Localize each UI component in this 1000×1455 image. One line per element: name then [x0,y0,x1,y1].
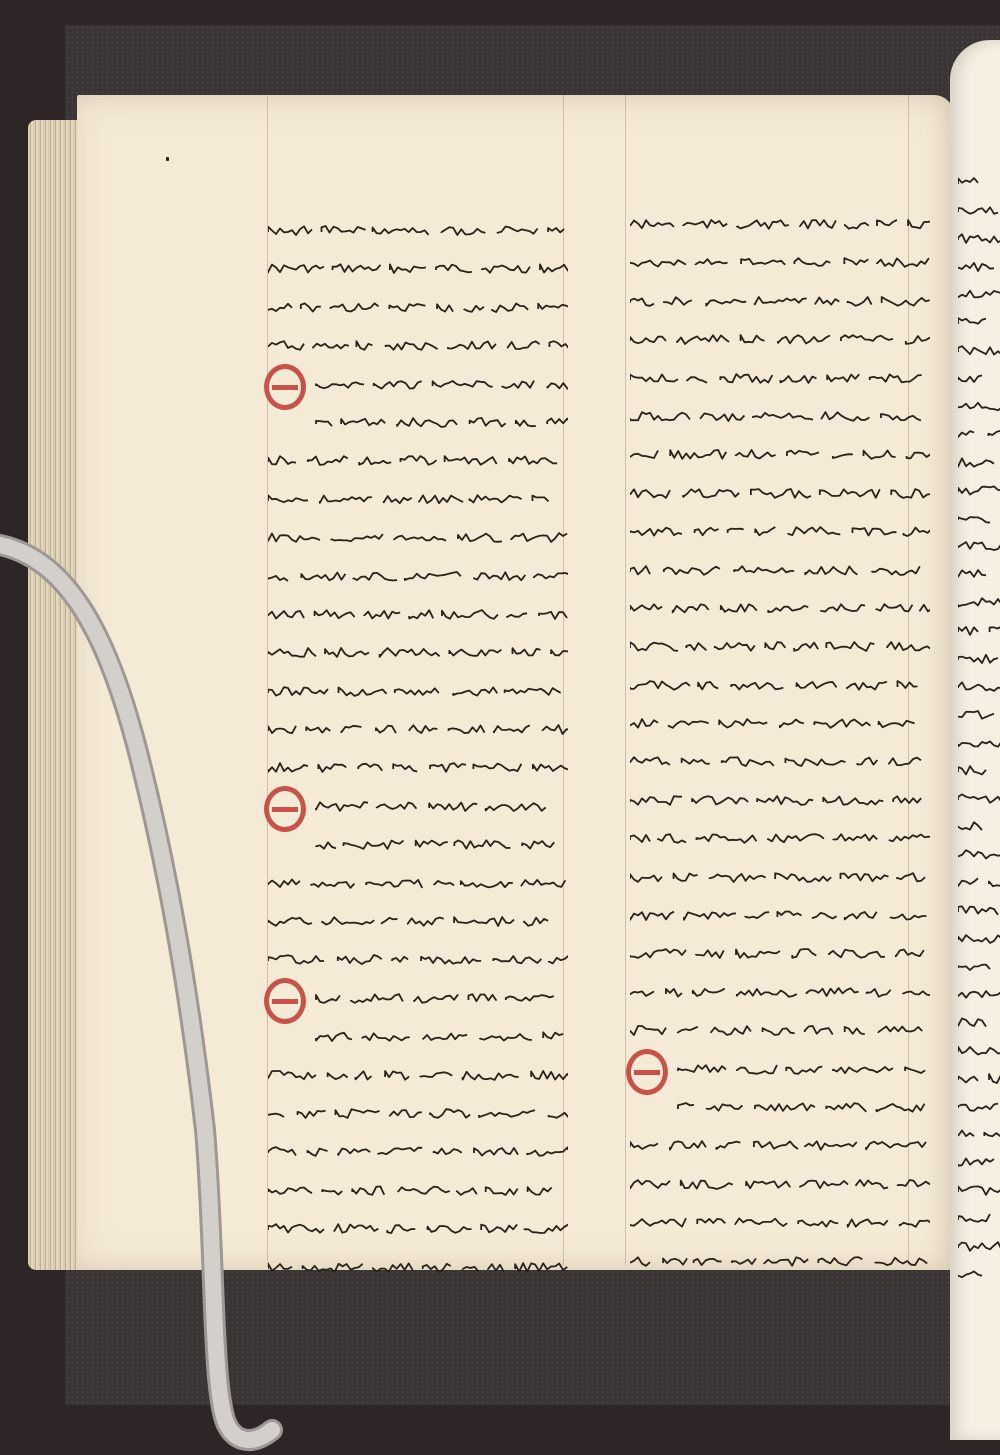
script-line [268,1024,568,1046]
script-line [630,289,930,311]
script-line [268,448,568,470]
script-line [268,564,568,586]
script-line [268,333,568,355]
script-line [268,871,568,893]
script-line [268,218,568,240]
margin-script-line [958,954,1000,976]
script-line [630,634,930,656]
script-line [268,1101,568,1123]
margin-script-line [958,450,1000,472]
ink-spot [166,157,169,161]
script-line [268,410,568,432]
margin-script-line [958,1178,1000,1200]
script-line [268,909,568,931]
margin-script-line [958,1066,1000,1088]
margin-script-line [958,926,1000,948]
text-column-right [630,212,930,1287]
ruling-line [625,95,626,1265]
script-line [268,1255,568,1277]
margin-script-line [958,1150,1000,1172]
script-line [268,947,568,969]
margin-script-line [958,562,1000,584]
script-line [268,1063,568,1085]
script-line [630,327,930,349]
margin-script-line [958,310,1000,332]
margin-script-line [958,1122,1000,1144]
script-line [268,372,568,394]
red-initial-e [626,1049,668,1095]
script-line [268,1216,568,1238]
script-line [630,519,930,541]
red-initial-e [264,364,306,410]
script-line [630,1057,930,1079]
script-line [630,596,930,618]
script-line [630,442,930,464]
margin-script-line [958,646,1000,668]
margin-script-line [958,702,1000,724]
margin-script-line [958,534,1000,556]
script-line [630,673,930,695]
page-edges [28,120,83,1270]
script-line [268,717,568,739]
marginal-text [958,170,1000,1290]
script-line [630,404,930,426]
script-line [630,865,930,887]
margin-script-line [958,590,1000,612]
red-initial-e [264,978,306,1024]
script-line [268,1139,568,1161]
margin-script-line [958,842,1000,864]
script-line [268,256,568,278]
margin-script-line [958,1010,1000,1032]
margin-script-line [958,394,1000,416]
script-line [630,941,930,963]
script-line [268,1178,568,1200]
margin-script-line [958,1262,1000,1284]
margin-script-line [958,478,1000,500]
script-line [268,487,568,509]
script-line [630,1095,930,1117]
margin-script-line [958,618,1000,640]
script-line [630,1210,930,1232]
margin-script-line [958,1206,1000,1228]
script-line [630,788,930,810]
margin-script-line [958,870,1000,892]
script-line [630,558,930,580]
script-line [630,366,930,388]
script-line [268,525,568,547]
text-column-left [268,218,568,1293]
margin-script-line [958,1094,1000,1116]
script-line [630,1172,930,1194]
script-line [630,212,930,234]
margin-script-line [958,198,1000,220]
margin-script-line [958,254,1000,276]
script-line [630,1133,930,1155]
script-line [268,602,568,624]
script-line [268,986,568,1008]
margin-script-line [958,422,1000,444]
script-line [268,640,568,662]
margin-script-line [958,786,1000,808]
margin-script-line [958,170,1000,192]
margin-script-line [958,366,1000,388]
margin-script-line [958,282,1000,304]
script-line [630,250,930,272]
margin-script-line [958,982,1000,1004]
script-line [630,1018,930,1040]
script-line [630,711,930,733]
margin-script-line [958,730,1000,752]
red-initial-e [264,786,306,832]
margin-script-line [958,338,1000,360]
margin-script-line [958,506,1000,528]
script-line [268,295,568,317]
script-line [268,679,568,701]
script-line [630,749,930,771]
script-line [268,794,568,816]
script-line [268,832,568,854]
script-line [630,826,930,848]
margin-script-line [958,814,1000,836]
margin-script-line [958,226,1000,248]
script-line [268,755,568,777]
margin-script-line [958,1038,1000,1060]
script-line [630,903,930,925]
margin-script-line [958,1234,1000,1256]
script-line [630,1249,930,1271]
margin-script-line [958,758,1000,780]
script-line [630,980,930,1002]
margin-script-line [958,898,1000,920]
script-line [630,481,930,503]
margin-script-line [958,674,1000,696]
